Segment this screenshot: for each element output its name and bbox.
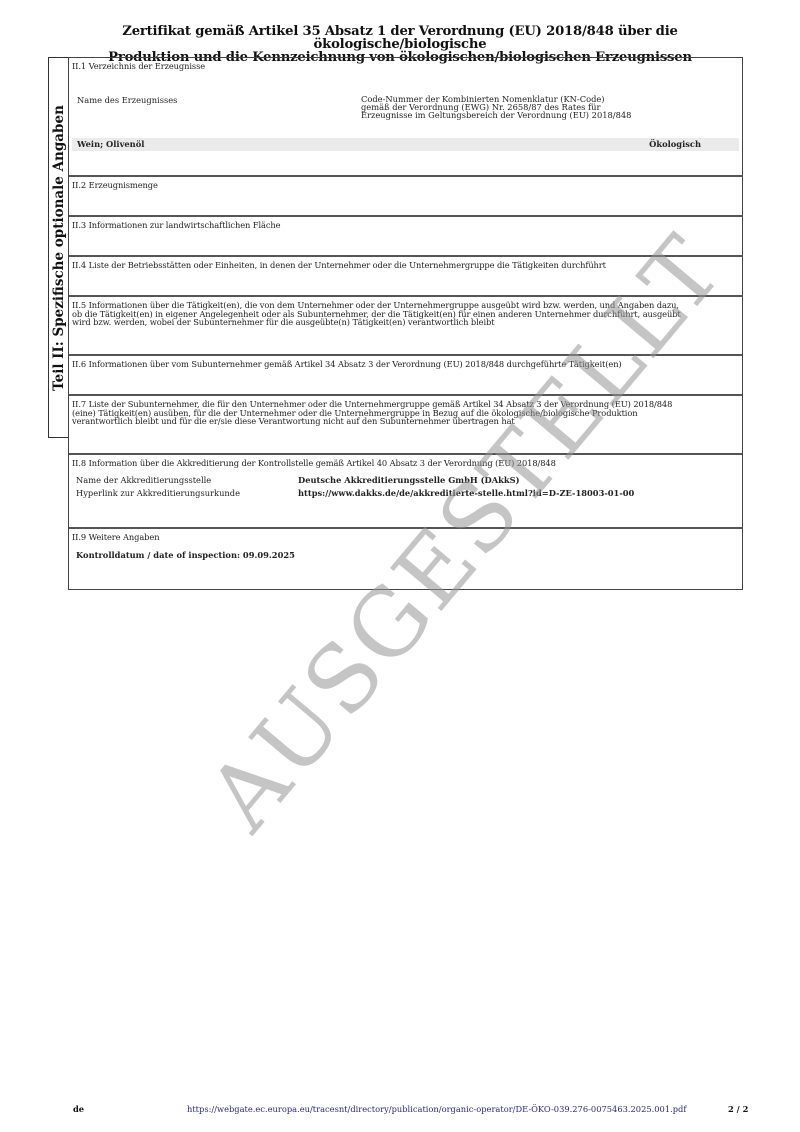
section-heading: II.3 Informationen zur landwirtschaftlic… — [69, 217, 742, 230]
section-premises: II.4 Liste der Betriebsstätten oder Einh… — [69, 257, 742, 297]
title-line-1: Zertifikat gemäß Artikel 35 Absatz 1 der… — [40, 25, 760, 51]
column-header-cn-code: Code-Nummer der Kombinierten Nomenklatur… — [361, 95, 631, 119]
accreditation-link-label: Hyperlink zur Akkreditierungsurkunde — [76, 489, 240, 498]
heading-line: verantwortlich bleibt und für die er/sie… — [72, 417, 739, 426]
section-heading: II.7 Liste der Subunternehmer, die für d… — [69, 396, 742, 426]
product-status: Ökologisch — [649, 140, 701, 149]
page-number: 2 / 2 — [728, 1104, 748, 1114]
table-row: Wein; Olivenöl Ökologisch — [72, 138, 739, 151]
section-subcontractor-activities: II.6 Informationen über vom Subunternehm… — [69, 356, 742, 396]
section-activities: II.5 Informationen über die Tätigkeit(en… — [69, 297, 742, 356]
section-subcontractors: II.7 Liste der Subunternehmer, die für d… — [69, 396, 742, 455]
certificate-table: II.1 Verzeichnis der Erzeugnisse Name de… — [68, 57, 743, 590]
section-products: II.1 Verzeichnis der Erzeugnisse Name de… — [69, 58, 742, 177]
cn-code-header-line: Erzeugnisse im Geltungsbereich der Veror… — [361, 111, 631, 119]
section-heading: II.1 Verzeichnis der Erzeugnisse — [69, 58, 742, 71]
accreditation-link-row: Hyperlink zur Akkreditierungsurkunde htt… — [76, 489, 737, 499]
section-heading: II.6 Informationen über vom Subunternehm… — [69, 356, 742, 369]
footer-language: de — [73, 1104, 84, 1114]
section-agricultural-area: II.3 Informationen zur landwirtschaftlic… — [69, 217, 742, 257]
footer-document-link[interactable]: https://webgate.ec.europa.eu/tracesnt/di… — [187, 1104, 686, 1114]
accreditation-body-label: Name der Akkreditierungsstelle — [76, 476, 211, 485]
section-further-info: II.9 Weitere Angaben Kontrolldatum / dat… — [69, 529, 742, 589]
column-header-product-name: Name des Erzeugnisses — [77, 96, 177, 105]
accreditation-body-value: Deutsche Akkreditierungsstelle GmbH (DAk… — [298, 476, 520, 485]
section-quantity: II.2 Erzeugnismenge — [69, 177, 742, 217]
heading-line: wird bzw. werden, wobei der Subunternehm… — [72, 318, 739, 327]
accreditation-link[interactable]: https://www.dakks.de/de/akkreditierte-st… — [298, 489, 634, 498]
part-label: Teil II: Spezifische optionale Angaben — [51, 105, 67, 391]
part-sidebar: Teil II: Spezifische optionale Angaben — [48, 57, 68, 438]
inspection-date: Kontrolldatum / date of inspection: 09.0… — [76, 551, 295, 560]
section-heading: II.5 Informationen über die Tätigkeit(en… — [69, 297, 742, 327]
section-heading: II.2 Erzeugnismenge — [69, 177, 742, 190]
section-heading: II.9 Weitere Angaben — [69, 529, 742, 542]
section-heading: II.8 Information über die Akkreditierung… — [69, 455, 742, 468]
product-name: Wein; Olivenöl — [77, 140, 144, 149]
accreditation-body-row: Name der Akkreditierungsstelle Deutsche … — [76, 476, 737, 486]
section-accreditation: II.8 Information über die Akkreditierung… — [69, 455, 742, 529]
section-heading: II.4 Liste der Betriebsstätten oder Einh… — [69, 257, 742, 270]
